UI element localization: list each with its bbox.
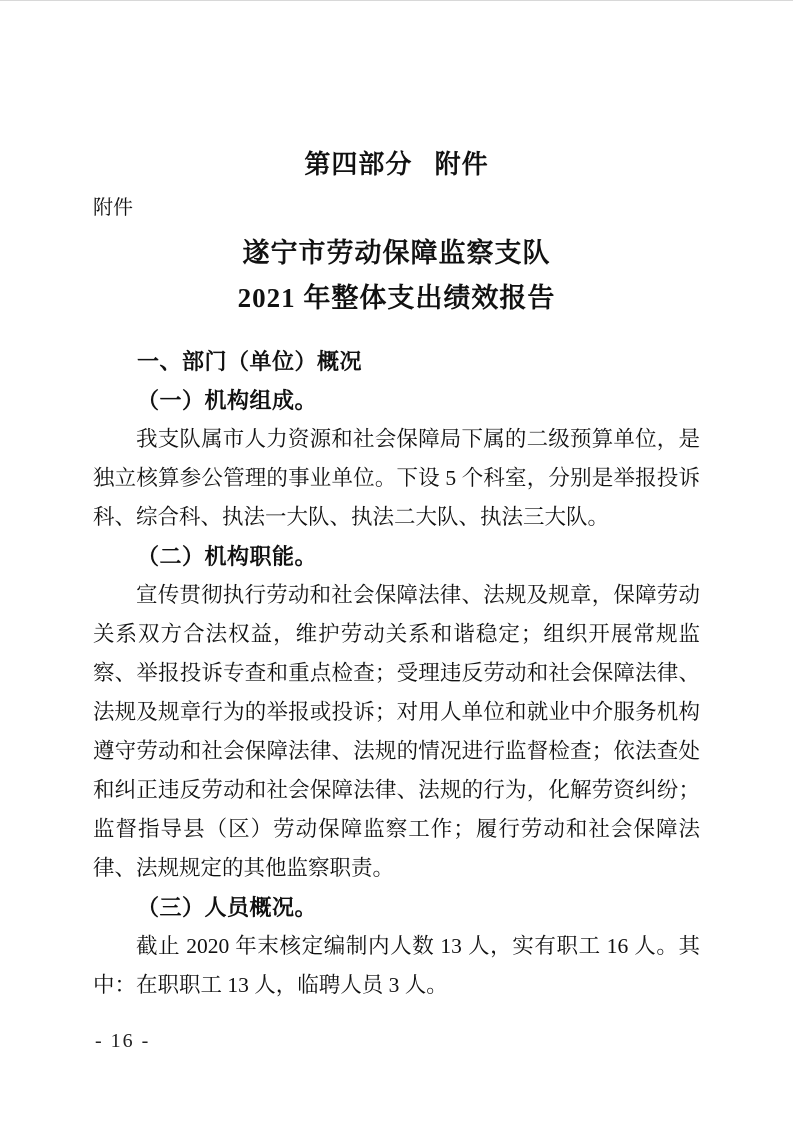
subsection-heading-functions: （二）机构职能。 (93, 537, 700, 576)
report-title-line1: 遂宁市劳动保障监察支队 (93, 231, 700, 276)
report-title-line2: 2021 年整体支出绩效报告 (93, 276, 700, 321)
section-heading-overview: 一、部门（单位）概况 (93, 342, 700, 381)
attachment-label: 附件 (93, 196, 700, 220)
paragraph-org: 我支队属市人力资源和社会保障局下属的二级预算单位，是独立核算参公管理的事业单位。… (93, 420, 700, 537)
subsection-heading-org: （一）机构组成。 (93, 381, 700, 420)
document-page: 第四部分 附件 附件 遂宁市劳动保障监察支队 2021 年整体支出绩效报告 一、… (0, 0, 793, 1122)
subsection-heading-staff: （三）人员概况。 (93, 888, 700, 927)
paragraph-functions: 宣传贯彻执行劳动和社会保障法律、法规及规章，保障劳动关系双方合法权益，维护劳动关… (93, 576, 700, 888)
report-title: 遂宁市劳动保障监察支队 2021 年整体支出绩效报告 (93, 231, 700, 321)
page-number: - 16 - (95, 1030, 150, 1053)
part-heading: 第四部分 附件 (93, 149, 700, 179)
document-content: 第四部分 附件 附件 遂宁市劳动保障监察支队 2021 年整体支出绩效报告 一、… (93, 149, 700, 1005)
paragraph-staff: 截止 2020 年末核定编制内人数 13 人，实有职工 16 人。其中：在职职工… (93, 927, 700, 1005)
